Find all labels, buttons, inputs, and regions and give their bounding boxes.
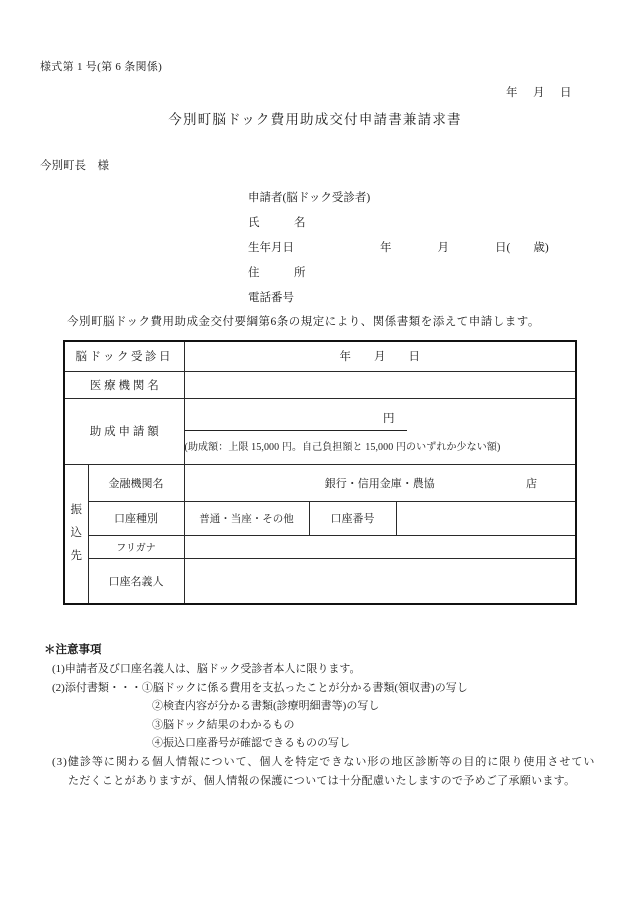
bank-row: 振 込 先 金融機関名 銀行・信用金庫・農協 店 (64, 464, 576, 501)
note-line-5: ④振込口座番号が確認できるものの写し (38, 734, 595, 753)
application-form-page: 様式第 1 号(第 6 条関係) 年 月 日 今別町脳ドック費用助成交付申請書兼… (0, 0, 630, 903)
note-line-4: ③脳ドック結果のわかるもの (38, 716, 595, 735)
account-holder-blank (184, 558, 576, 604)
medical-institution-row: 医 療 機 関 名 (64, 371, 576, 398)
applicant-address-label: 住 所 (248, 261, 549, 286)
notes-block: ＊注意事項 (1)申請者及び口座名義人は、脳ドック受診者本人に限ります。 (2)… (38, 641, 595, 790)
form-style-number: 様式第 1 号(第 6 条関係) (40, 58, 162, 74)
addressee-line: 今別町長 様 (40, 157, 109, 173)
subsidy-amount-row: 助 成 申 請 額 円 (助成額：上限 15,000 円。自己負担額と 15,0… (64, 398, 576, 464)
account-holder-row: 口座名義人 (64, 558, 576, 604)
furigana-label: フリガナ (88, 535, 184, 558)
note-line-3: ②検査内容が分かる書類(診療明細書等)の写し (38, 697, 595, 716)
applicant-name-label: 氏 名 (248, 211, 549, 236)
note-line-7: ただくことがありますが、個人情報の保護については十分配慮いたしますので予めご了承… (38, 772, 595, 791)
notes-heading: ＊注意事項 (38, 641, 595, 660)
bank-name-label: 金融機関名 (88, 464, 184, 501)
amount-blank-line: 円 (185, 409, 576, 431)
exam-date-label: 脳ドック受診日 (64, 341, 184, 371)
bank-name-value-cell: 銀行・信用金庫・農協 店 (184, 464, 576, 501)
applicant-phone-label: 電話番号 (248, 286, 549, 311)
birthdate-value-blanks: 年 月 日( 歳) (380, 242, 549, 254)
transfer-destination-label: 振 込 先 (64, 464, 88, 604)
furigana-value-blank (184, 535, 576, 558)
bank-branch-suffix: 店 (526, 475, 537, 491)
furigana-row: フリガナ (64, 535, 576, 558)
institution-value-blank (184, 371, 576, 398)
account-type-row: 口座種別 普通・当座・その他 口座番号 (64, 501, 576, 535)
note-line-1: (1)申請者及び口座名義人は、脳ドック受診者本人に限ります。 (38, 660, 595, 679)
note-line-6: (3)健診等に関わる個人情報について、個人を特定できない形の地区診断等の目的に限… (38, 753, 595, 772)
amount-note: (助成額：上限 15,000 円。自己負担額と 15,000 円のいずれか少ない… (185, 438, 576, 453)
applicant-block: 申請者(脳ドック受診者) 氏 名 生年月日年 月 日( 歳) 住 所 電話番号 (248, 186, 549, 311)
account-type-options: 普通・当座・その他 (184, 501, 309, 535)
birthdate-label: 生年月日 (248, 242, 294, 254)
bank-type-options: 銀行・信用金庫・農協 (325, 478, 435, 490)
account-holder-label: 口座名義人 (88, 558, 184, 604)
exam-date-row: 脳ドック受診日 年 月 日 (64, 341, 576, 371)
application-statement: 今別町脳ドック費用助成金交付要綱第6条の規定により、関係書類を添えて申請します。 (67, 313, 540, 329)
transfer-char-1: 振 (65, 499, 88, 522)
application-details-table: 脳ドック受診日 年 月 日 医 療 機 関 名 助 成 申 請 額 円 (助成額… (63, 340, 577, 605)
account-number-blank (396, 501, 576, 535)
account-number-label: 口座番号 (309, 501, 396, 535)
account-type-label: 口座種別 (88, 501, 184, 535)
note-line-2: (2)添付書類・・・①脳ドックに係る費用を支払ったことが分かる書類(領収書)の写… (38, 679, 595, 698)
transfer-char-2: 込 (65, 522, 88, 545)
applicant-header: 申請者(脳ドック受診者) (248, 186, 549, 211)
exam-date-value: 年 月 日 (184, 341, 576, 371)
amount-label: 助 成 申 請 額 (64, 398, 184, 464)
transfer-char-3: 先 (65, 545, 88, 568)
submission-date-line: 年 月 日 (506, 84, 574, 100)
applicant-birthdate-row: 生年月日年 月 日( 歳) (248, 236, 549, 261)
form-title: 今別町脳ドック費用助成交付申請書兼請求書 (0, 108, 630, 128)
amount-unit-yen: 円 (185, 410, 407, 431)
institution-label: 医 療 機 関 名 (64, 371, 184, 398)
amount-value-cell: 円 (助成額：上限 15,000 円。自己負担額と 15,000 円のいずれか少… (184, 398, 576, 464)
